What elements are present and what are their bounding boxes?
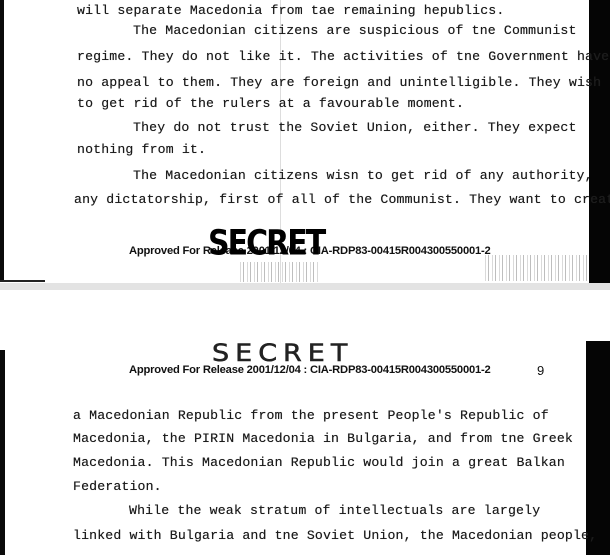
scan-border-right xyxy=(589,0,610,283)
document-page-1: will separate Macedonia from tae remaini… xyxy=(0,0,610,283)
body-line: They do not trust the Soviet Union, eith… xyxy=(133,120,577,136)
scan-artifact xyxy=(240,262,320,282)
body-line: While the weak stratum of intellectuals … xyxy=(129,503,540,519)
body-line: Federation. xyxy=(73,479,162,495)
scan-border-right xyxy=(586,341,610,555)
scan-border-left xyxy=(0,350,5,555)
body-line: The Macedonian citizens are suspicious o… xyxy=(133,23,577,39)
body-line: to get rid of the rulers at a favourable… xyxy=(77,96,464,112)
document-page-2: SECRET Approved For Release 2001/12/04 :… xyxy=(0,338,610,555)
page-number: 9 xyxy=(537,363,544,378)
body-line: no appeal to them. They are foreign and … xyxy=(77,75,601,91)
body-line: a Macedonian Republic from the present P… xyxy=(73,408,549,424)
classification-stamp: SECRET xyxy=(208,223,324,263)
body-line: Macedonia. This Macedonian Republic woul… xyxy=(73,455,565,471)
body-line: will separate Macedonia from tae remaini… xyxy=(77,3,504,19)
body-line: The Macedonian citizens wisn to get rid … xyxy=(133,168,593,184)
body-line: nothing from it. xyxy=(77,142,206,158)
body-line: linked with Bulgaria and tne Soviet Unio… xyxy=(73,528,597,544)
scan-border-left xyxy=(0,0,4,282)
body-line: any dictatorship, first of all of the Co… xyxy=(74,192,610,208)
body-line: regime. They do not like it. The activit… xyxy=(77,49,609,65)
scan-border-corner xyxy=(0,280,45,282)
scan-artifact xyxy=(485,255,588,281)
body-line: Macedonia, the PIRIN Macedonia in Bulgar… xyxy=(73,431,573,447)
page-separator xyxy=(0,283,610,290)
release-stamp-header: Approved For Release 2001/12/04 : CIA-RD… xyxy=(129,364,491,376)
